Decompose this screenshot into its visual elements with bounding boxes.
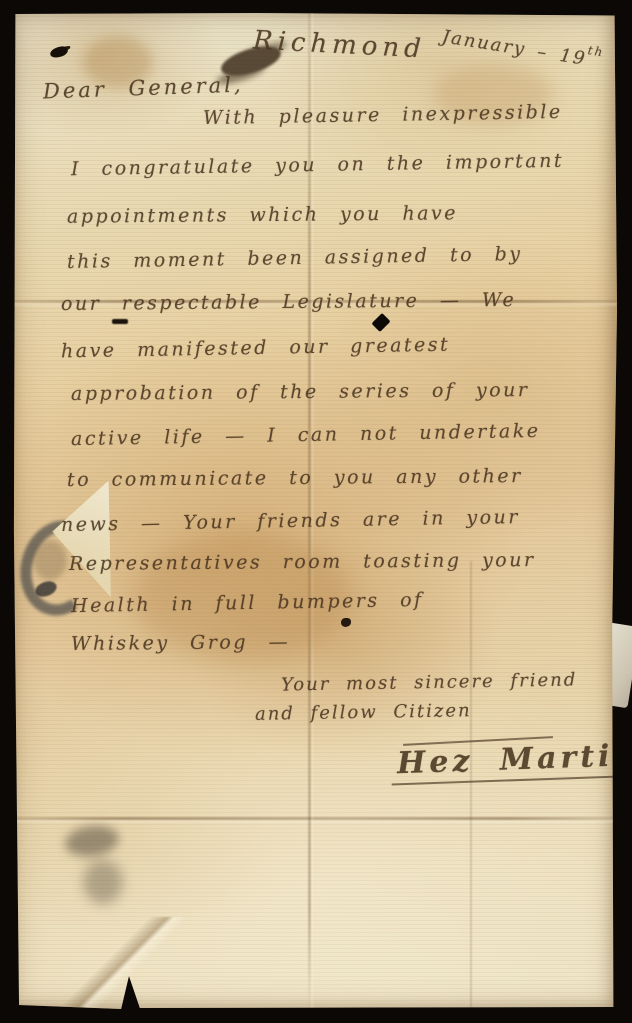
ink-mark-on-fold xyxy=(112,319,128,324)
crumpled-corner-crease xyxy=(53,917,183,1017)
letter-line: to communicate to you any other xyxy=(67,465,523,491)
letter-line: Representatives room toasting your xyxy=(69,549,536,575)
letter-line: Health in full bumpers of xyxy=(71,589,424,617)
paper-hole xyxy=(371,313,390,332)
dateline-date: January – 19th 1809 xyxy=(441,24,632,82)
letter-line: this moment been assigned to by xyxy=(67,243,523,273)
letter-line: appointments which you have xyxy=(67,202,458,227)
wax-seal-ink-blot xyxy=(33,579,58,600)
letter-line: active life — I can not undertake xyxy=(71,420,541,450)
letter-line: I congratulate you on the important xyxy=(71,150,564,181)
fold-crease-vertical-right xyxy=(470,561,472,1010)
letter-line: With pleasure inexpressible xyxy=(203,101,563,129)
letter-sheet: Richmond January – 19th 1809 Dear Genera… xyxy=(13,12,617,1010)
wax-seal-residue xyxy=(33,540,67,580)
scan-stage: Richmond January – 19th 1809 Dear Genera… xyxy=(0,0,632,1023)
smudge xyxy=(83,860,123,904)
letter-line: approbation of the series of your xyxy=(71,379,530,405)
ink-blot xyxy=(341,618,351,627)
date-ordinal: th xyxy=(587,43,606,59)
dateline-place: Richmond xyxy=(252,25,426,64)
ink-blot xyxy=(49,45,69,59)
letter-line: Whiskey Grog — xyxy=(71,631,290,655)
closing-line: and fellow Citizen xyxy=(255,700,472,725)
signature: Hez Martin xyxy=(390,738,632,786)
salutation: Dear General, xyxy=(43,73,244,104)
fold-crease-horizontal-lower xyxy=(13,817,617,820)
letter-line: have manifested our greatest xyxy=(61,334,451,363)
torn-seal-flap xyxy=(51,478,111,600)
date-month-day: January – 19 xyxy=(441,26,588,70)
letter-line: news — Your friends are in your xyxy=(61,506,520,536)
smudge xyxy=(63,822,121,859)
date-year: 1809 xyxy=(613,54,632,83)
letter-line: our respectable Legislature — We xyxy=(61,289,516,315)
closing-line: Your most sincere friend xyxy=(281,669,578,695)
